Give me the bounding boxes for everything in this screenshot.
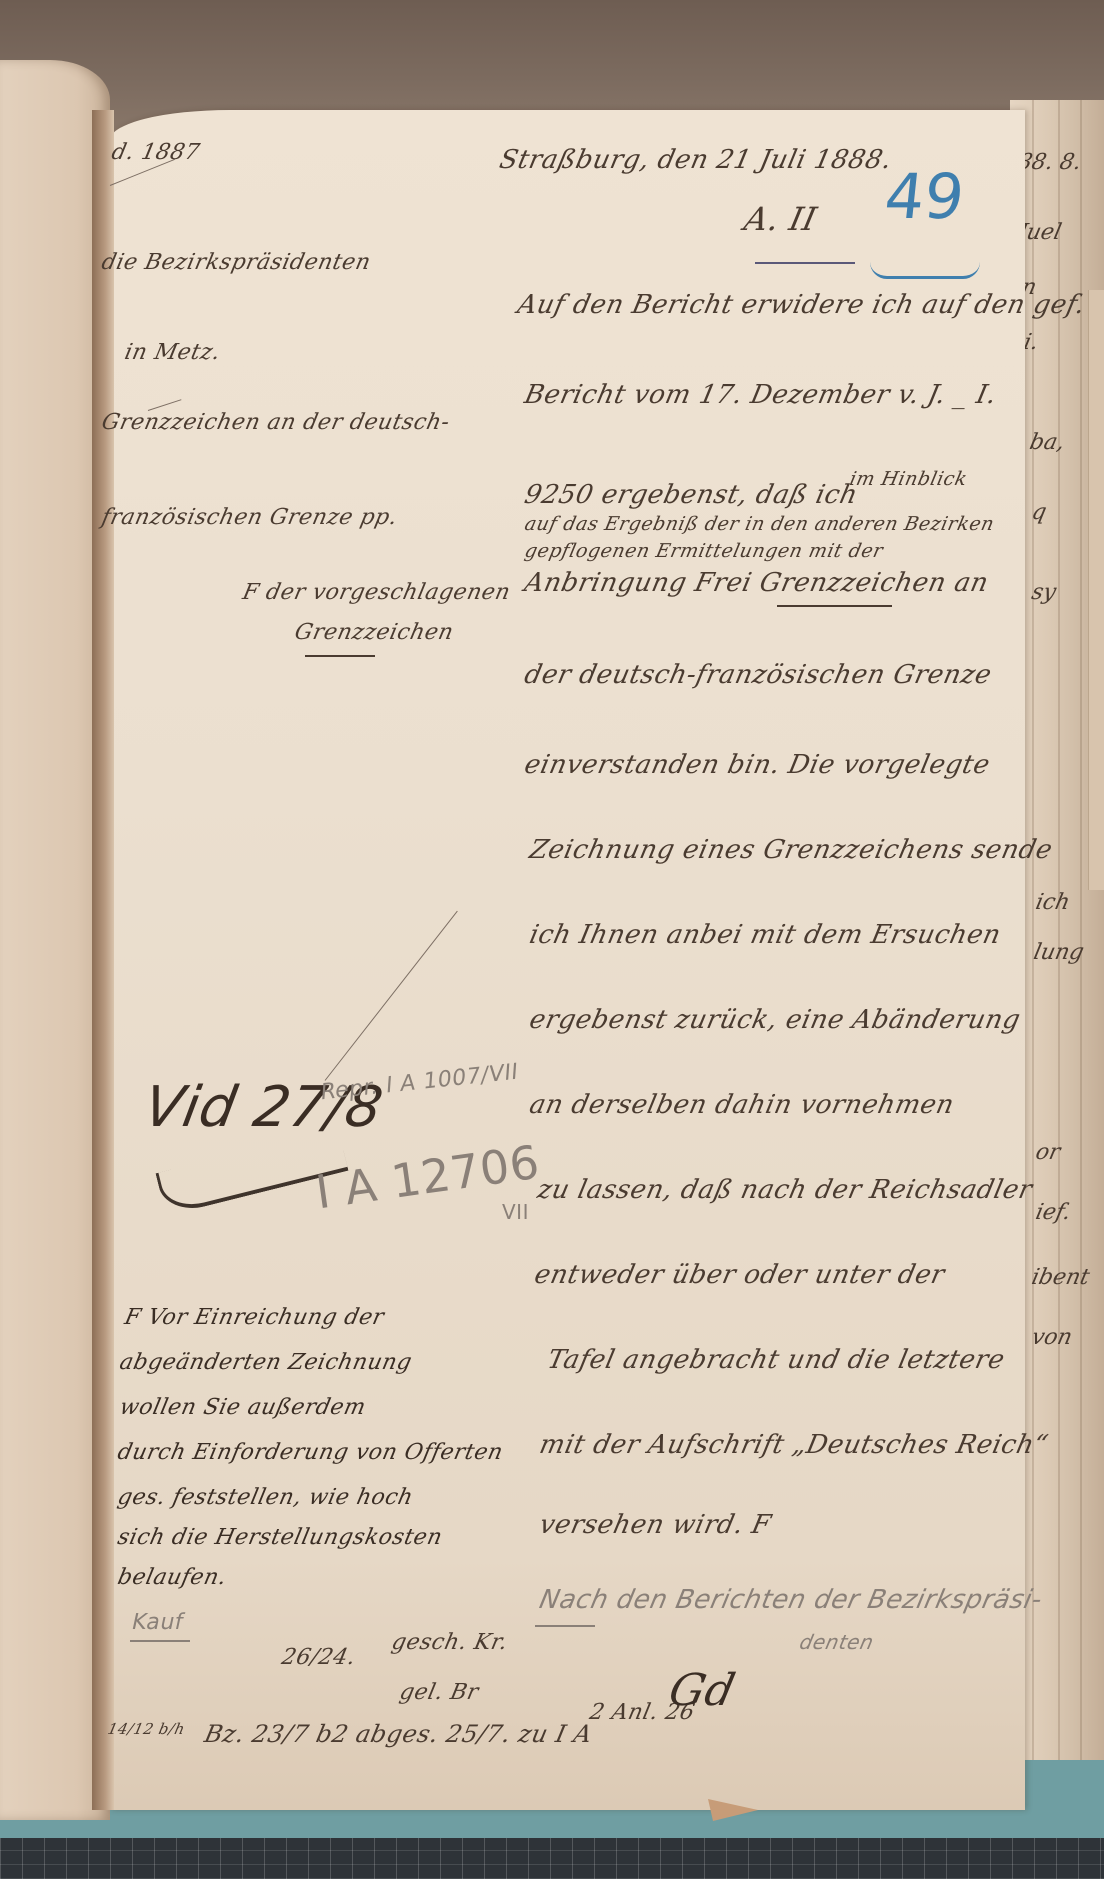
page-edge	[1080, 100, 1082, 1760]
body-line: der deutsch-französischen Grenze	[522, 660, 995, 690]
edge-fragment: ich	[1033, 890, 1072, 915]
insertion-note-line: ges. feststellen, wie hoch	[115, 1485, 415, 1510]
insertion-note-line: F Vor Einreichung der	[122, 1305, 386, 1330]
body-line: versehen wird. F	[537, 1510, 774, 1540]
body-line: 9250 ergebenst, daß ich	[522, 480, 861, 510]
addressee-line: in Metz.	[122, 340, 222, 365]
folio-number: 49	[881, 160, 968, 233]
body-line: entweder über oder unter der	[532, 1260, 948, 1290]
footer-ref: gesch. Kr.	[389, 1630, 510, 1655]
edge-fragment: or	[1033, 1140, 1062, 1165]
edge-fragment: lung	[1031, 940, 1086, 965]
subject-line: französischen Grenze pp.	[99, 505, 399, 530]
insertion-note-line: sich die Herstellungskosten	[115, 1525, 444, 1550]
reference-number: A. II	[741, 200, 820, 238]
cutting-mat	[0, 1838, 1104, 1879]
margin-top-ref: d. 1887	[109, 140, 202, 165]
body-line: ergebenst zurück, eine Abänderung	[527, 1005, 1023, 1035]
closing-line: Nach den Berichten der Bezirkspräsi-	[537, 1585, 1045, 1615]
grenzzeichen-underline	[777, 605, 892, 607]
body-line: Auf den Bericht erwidere ich auf den gef…	[515, 290, 1088, 320]
document-page	[110, 110, 1025, 1810]
footnote-underline	[305, 655, 375, 657]
reference-underline	[755, 262, 855, 264]
edge-fragment: sy	[1029, 580, 1058, 605]
insertion-note-line: durch Einforderung von Offerten	[115, 1440, 505, 1465]
book-gutter	[92, 110, 114, 1810]
footer-ref: 26/24.	[279, 1645, 358, 1670]
footer-chain: Bz. 23/7 b2 abges. 25/7. zu I A	[202, 1720, 595, 1748]
body-line-inserted: auf das Ergebniß der in den anderen Bezi…	[523, 513, 997, 535]
edge-fragment: ibent	[1029, 1265, 1091, 1290]
insertion-note-line: belaufen.	[115, 1565, 229, 1590]
closing-underline	[535, 1625, 595, 1627]
journal-suffix: VII	[502, 1200, 529, 1224]
body-line-inserted: gepflogenen Ermittelungen mit der	[523, 540, 886, 562]
edge-fragment: ief.	[1033, 1200, 1073, 1225]
body-line: ich Ihnen anbei mit dem Ersuchen	[527, 920, 1004, 950]
page-edge	[1058, 100, 1060, 1760]
insertion-note-line: abgeänderten Zeichnung	[117, 1350, 414, 1375]
body-line: mit der Aufschrift „Deutsches Reich“	[537, 1430, 1051, 1460]
footnote-f-ref: Grenzzeichen	[292, 620, 456, 645]
insertion-note-line: wollen Sie außerdem	[117, 1395, 368, 1420]
insertion-signoff: Kauf	[129, 1610, 186, 1635]
body-line: zu lassen, daß nach der Reichsadler	[535, 1175, 1035, 1205]
body-line: Zeichnung eines Grenzzeichens sende	[527, 835, 1056, 865]
footnote-f-ref: F der vorgeschlagenen	[240, 580, 512, 605]
signoff-underline	[130, 1640, 190, 1642]
subject-line: Grenzzeichen an der deutsch-	[99, 410, 452, 435]
edge-fragment: ba,	[1027, 430, 1067, 455]
body-line: Bericht vom 17. Dezember v. J. _ I.	[522, 380, 1000, 410]
footer-left-fragment: 14/12 b/h	[106, 1720, 187, 1738]
footer-ref: gel. Br	[397, 1680, 481, 1705]
page-tab	[1088, 290, 1104, 890]
body-line: Anbringung Frei Grenzzeichen an	[522, 568, 991, 598]
closing-line-2: denten	[797, 1630, 876, 1654]
edge-fragment: von	[1029, 1325, 1074, 1350]
body-line: einverstanden bin. Die vorgelegte	[522, 750, 993, 780]
place-date: Straßburg, den 21 Juli 1888.	[497, 145, 895, 175]
folio-underline	[870, 262, 980, 279]
addressee-line: die Bezirkspräsidenten	[99, 250, 373, 275]
interlinear-insert: im Hinblick	[848, 468, 970, 490]
signature: Gd	[665, 1665, 740, 1716]
body-line: Tafel angebracht und die letztere	[545, 1345, 1008, 1375]
body-line: an derselben dahin vornehmen	[527, 1090, 957, 1120]
